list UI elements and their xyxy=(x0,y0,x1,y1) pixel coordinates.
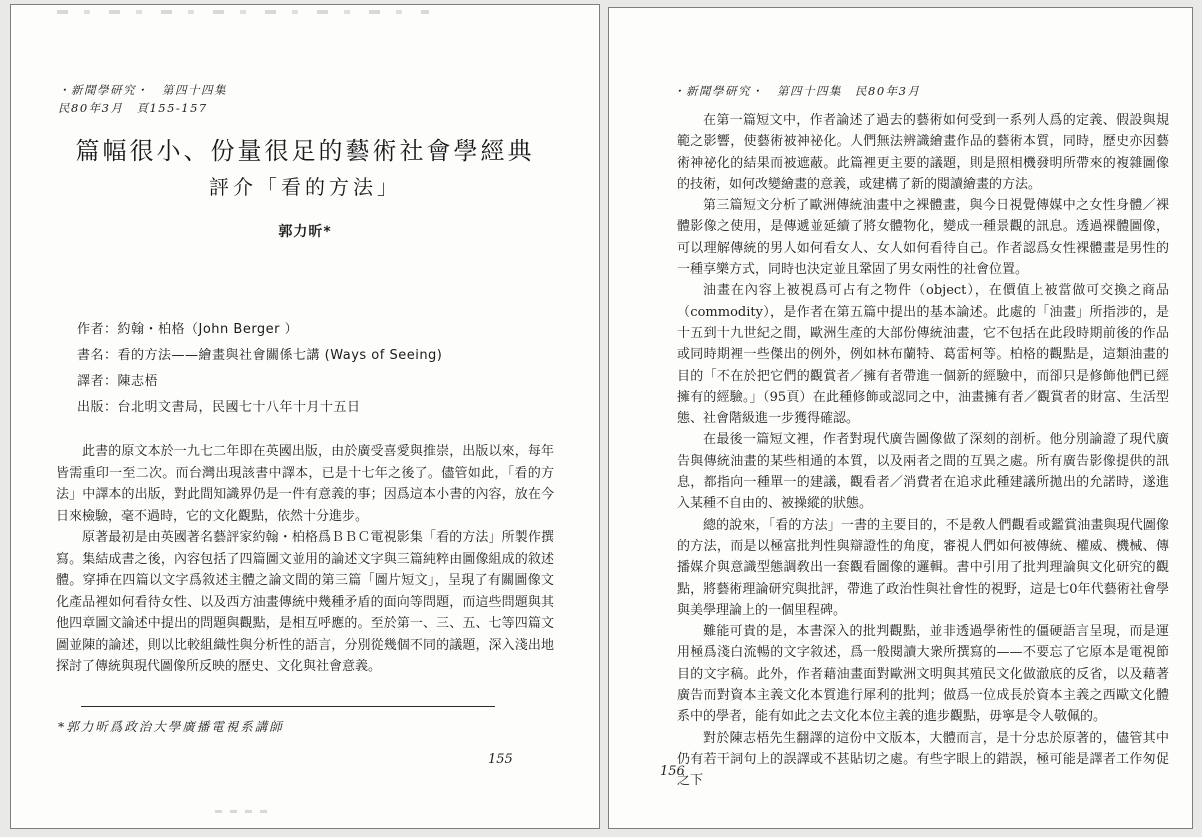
body-paragraph: 在最後一篇短文裡，作者對現代廣告圖像做了深刻的剖析。他分別論證了現代廣告與傳統油… xyxy=(677,429,1169,514)
article-title: 篇幅很小、份量很足的藝術社會學經典 xyxy=(11,131,599,166)
journal-title-line: ・新聞學研究・ 第四十四集 xyxy=(58,81,227,99)
body-paragraph: 第三篇短文分析了歐洲傳統油畫中之裸體畫，與今日視覺傳媒中之女性身體／裸體影像之使… xyxy=(677,195,1169,280)
article-body-left: 此書的原文本於一九七二年即在英國出版，由於廣受喜愛與推崇，出版以來，每年皆需重印… xyxy=(56,441,554,678)
article-subtitle: 評介「看的方法」 xyxy=(11,171,599,200)
page-number-156: 156 xyxy=(660,764,685,779)
body-paragraph: 油畫在內容上被視爲可占有之物件（object），在價值上被當做可交換之商品（co… xyxy=(677,280,1169,429)
left-page: ・新聞學研究・ 第四十四集 民80年3月 頁155-157 篇幅很小、份量很足的… xyxy=(10,4,600,829)
body-paragraph: 在第一篇短文中，作者論述了過去的藝術如何受到一系列人爲的定義、假設與規範之影響，… xyxy=(677,110,1169,195)
body-paragraph: 此書的原文本於一九七二年即在英國出版，由於廣受喜愛與推崇，出版以來，每年皆需重印… xyxy=(56,441,554,527)
body-paragraph: 對於陳志梧先生翻譯的這份中文版本，大體而言，是十分忠於原著的，儘管其中仍有若干詞… xyxy=(677,728,1169,792)
journal-issue-line: 民80年3月 頁155-157 xyxy=(58,99,227,117)
book-info-publisher: 出版：台北明文書局，民國七十八年十月十五日 xyxy=(77,395,442,421)
book-info-author: 作者：約翰・柏格（John Berger ） xyxy=(77,317,442,343)
book-info-translator: 譯者：陳志梧 xyxy=(77,369,442,395)
body-paragraph: 難能可貴的是，本書深入的批判觀點，並非透過學術性的僵硬語言呈現，而是運用極爲淺白… xyxy=(677,621,1169,727)
scan-artifact-bottom xyxy=(215,810,273,813)
article-body-right: 在第一篇短文中，作者論述了過去的藝術如何受到一系列人爲的定義、假設與規範之影響，… xyxy=(677,110,1169,792)
footnote-divider xyxy=(81,706,495,707)
author-name: 郭力昕* xyxy=(11,221,599,241)
book-info-block: 作者：約翰・柏格（John Berger ） 書名：看的方法——繪畫與社會關係七… xyxy=(77,317,442,421)
journal-title-line: ・新聞學研究・ 第四十四集 民80年3月 xyxy=(673,82,920,100)
book-info-title: 書名：看的方法——繪畫與社會關係七講 (Ways of Seeing) xyxy=(77,343,442,369)
footnote-text: *郭力昕爲政治大學廣播電視系講師 xyxy=(58,717,284,735)
body-paragraph: 原著最初是由英國著名藝評家約翰・柏格爲ＢＢＣ電視影集「看的方法」所製作撰寫。集結… xyxy=(56,527,554,678)
journal-header-left: ・新聞學研究・ 第四十四集 民80年3月 頁155-157 xyxy=(58,81,227,117)
body-paragraph: 總的說來，「看的方法」一書的主要目的，不是敎人們觀看或鑑賞油畫與現代圖像的方法，… xyxy=(677,515,1169,621)
page-number-155: 155 xyxy=(488,752,513,767)
right-page: ・新聞學研究・ 第四十四集 民80年3月 在第一篇短文中，作者論述了過去的藝術如… xyxy=(608,7,1193,829)
scan-artifact-top xyxy=(57,10,429,14)
journal-header-right: ・新聞學研究・ 第四十四集 民80年3月 xyxy=(673,82,920,100)
